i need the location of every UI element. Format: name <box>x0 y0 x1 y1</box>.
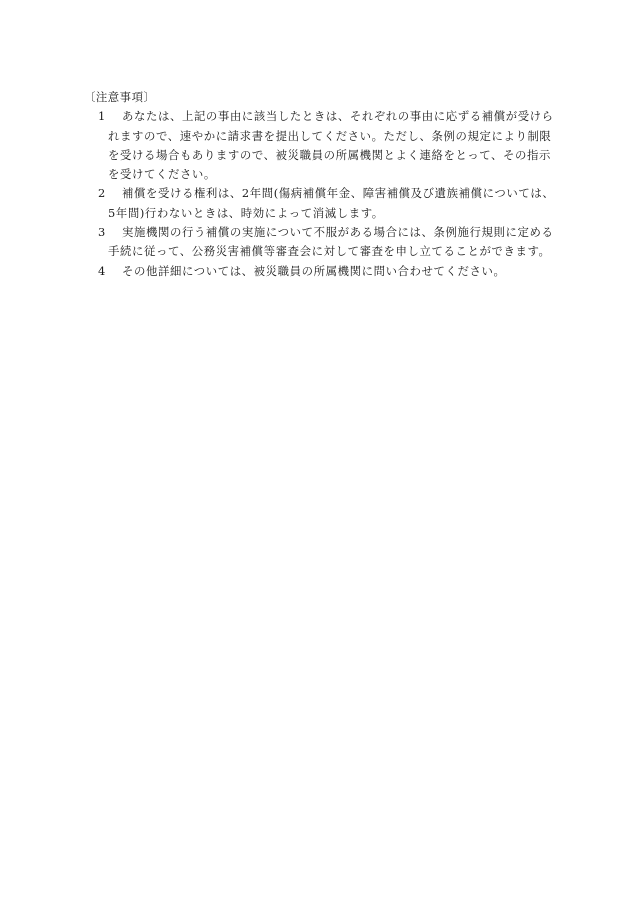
note-item-4: 4 その他詳細については、被災職員の所属機関に問い合わせてください。 <box>92 262 562 281</box>
note-number: 4 <box>98 262 118 281</box>
notes-section: 〔注意事項〕 1 あなたは、上記の事由に該当したときは、それぞれの事由に応ずる補… <box>92 88 562 281</box>
note-text: その他詳細については、被災職員の所属機関に問い合わせてください。 <box>108 262 562 281</box>
note-text: 実施機関の行う補償の実施について不服がある場合には、条例施行規則に定める手続に従… <box>108 223 562 262</box>
note-text: あなたは、上記の事由に該当したときは、それぞれの事由に応ずる補償が受けられますの… <box>108 107 562 184</box>
notes-heading: 〔注意事項〕 <box>84 88 562 107</box>
note-text: 補償を受ける権利は、2年間(傷病補償年金、障害補償及び遺族補償については、5年間… <box>108 184 562 223</box>
note-item-1: 1 あなたは、上記の事由に該当したときは、それぞれの事由に応ずる補償が受けられま… <box>92 107 562 184</box>
note-number: 1 <box>98 107 118 126</box>
note-number: 2 <box>98 184 118 203</box>
note-number: 3 <box>98 223 118 242</box>
note-item-3: 3 実施機関の行う補償の実施について不服がある場合には、条例施行規則に定める手続… <box>92 223 562 262</box>
note-item-2: 2 補償を受ける権利は、2年間(傷病補償年金、障害補償及び遺族補償については、5… <box>92 184 562 223</box>
